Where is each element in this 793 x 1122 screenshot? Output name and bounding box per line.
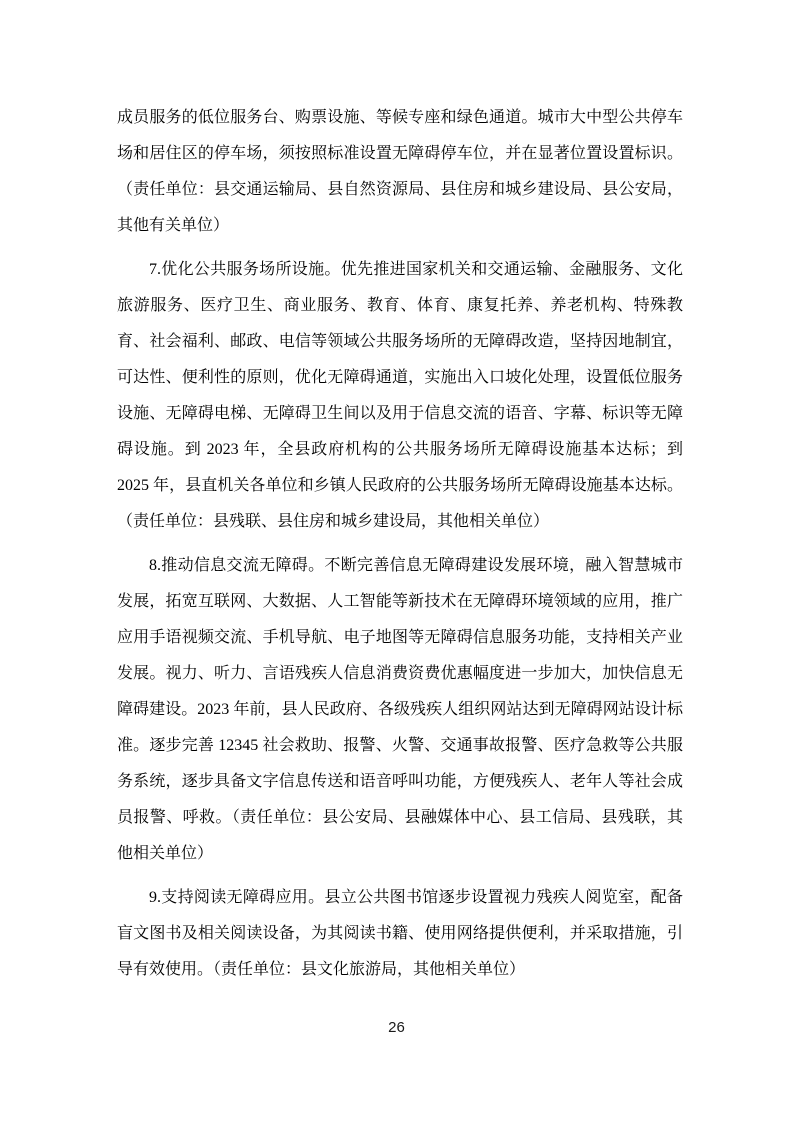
page-number: 26 [0,1019,793,1036]
paragraph-item-7: 7.优化公共服务场所设施。优先推进国家机关和交通运输、金融服务、文化旅游服务、医… [117,252,683,540]
paragraph-continuation-item-6: 成员服务的低位服务台、购票设施、等候专座和绿色通道。城市大中型公共停车场和居住区… [117,100,683,244]
document-body-text: 成员服务的低位服务台、购票设施、等候专座和绿色通道。城市大中型公共停车场和居住区… [117,100,683,988]
document-page: 成员服务的低位服务台、购票设施、等候专座和绿色通道。城市大中型公共停车场和居住区… [0,0,793,1122]
paragraph-item-9: 9.支持阅读无障碍应用。县立公共图书馆逐步设置视力残疾人阅览室，配备盲文图书及相… [117,880,683,988]
paragraph-item-8: 8.推动信息交流无障碍。不断完善信息无障碍建设发展环境，融入智慧城市发展，拓宽互… [117,548,683,872]
